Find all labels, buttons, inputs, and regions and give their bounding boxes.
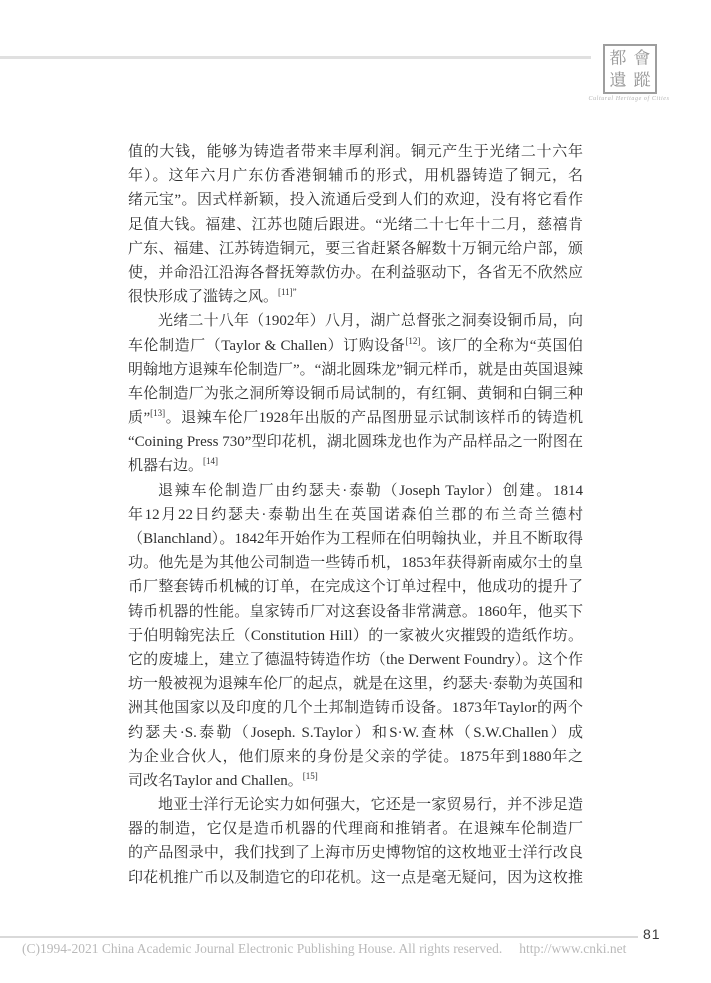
footnote-ref: [11]” (278, 287, 297, 297)
footnote-ref: [14] (203, 456, 218, 466)
text-line: 它的废墟上，建立了德温特铸造作坊（the Derwent Foundry）。这个… (128, 648, 583, 672)
text-line: 铸币机器的性能。皇家铸币厂对这套设备非常满意。1860年，他买下了位 (128, 600, 583, 624)
seal-char: 都 (609, 48, 627, 68)
copyright-text: (C)1994-2021 China Academic Journal Elec… (22, 941, 502, 956)
footnote-ref: [13] (150, 408, 165, 418)
text-line: 车伦制造厂（Taylor & Challen）订购设备[12]。该厂的全称为“英… (128, 334, 583, 358)
text-line: 车伦制造厂为张之洞所筹设铜币局试制的，有红铜、黄铜和白铜三种材 (128, 382, 583, 406)
cnki-url: http://www.cnki.net (519, 941, 626, 956)
footnote-ref: [12] (405, 336, 420, 346)
text-line: 值的大钱，能够为铸造者带来丰厚利润。铜元产生于光绪二十六年（1900 (128, 140, 583, 164)
text-line: 为企业合伙人，他们原来的身份是父亲的学徒。1875年到1880年之间，公 (128, 745, 583, 769)
seal-caption: Cultural Heritage of Cities (570, 96, 688, 102)
text-line: 明翰地方退辣车伦制造厂”。“湖北圆珠龙”铜元样币，就是由英国退辣 (128, 358, 583, 382)
seal-char: 遺 (609, 70, 627, 90)
footer-divider (0, 936, 638, 938)
text-line: 年）。这年六月广东仿香港铜辅币的形式，用机器铸造了铜元，名为“光 (128, 164, 583, 188)
body-text: 值的大钱，能够为铸造者带来丰厚利润。铜元产生于光绪二十六年（1900年）。这年六… (128, 140, 583, 890)
text-line: 绪元宝”。因式样新颖，投入流通后受到人们的欢迎，没有将它看作是不 (128, 188, 583, 212)
text-line: 很快形成了滥铸之风。[11]” (128, 285, 583, 309)
text-line: 地亚士洋行无论实力如何强大，它还是一家贸易行，并不涉足造币机 (128, 793, 583, 817)
text-line: 广东、福建、江苏铸造铜元，要三省赶紧各解数十万铜元给户部，颁发行 (128, 237, 583, 261)
page-number: 81 (643, 926, 661, 942)
text-line: 质”[13]。退辣车伦厂1928年出版的产品图册显示试制该样币的铸造机器为 (128, 406, 583, 430)
text-line: 年12月22日约瑟夫·泰勒出生在英国诺森伯兰郡的布兰奇兰德村 (128, 503, 583, 527)
footnote-ref: [15] (303, 771, 318, 781)
journal-seal-logo: 都 會 遺 蹤 (603, 44, 657, 94)
text-line: 的产品图录中，我们找到了上海市历史博物馆的这枚地亚士洋行改良专式 (128, 841, 583, 865)
text-line: （Blanchland）。1842年开始作为工程师在伯明翰执业，并且不断取得成 (128, 527, 583, 551)
text-line: 印花机推广币以及制造它的印花机。这一点是毫无疑问，因为这枚推广币 (128, 866, 583, 890)
seal-char: 蹤 (633, 70, 651, 90)
text-line: “Coining Press 730”型印花机，湖北圆珠龙也作为产品样品之一附图… (128, 430, 583, 454)
text-line: 洲其他国家以及印度的几个土邦制造铸币设备。1873年Taylor的两个儿子 (128, 696, 583, 720)
text-line: 约瑟夫·S.泰勒（Joseph. S.Taylor）和S·W.查林（S.W.Ch… (128, 721, 583, 745)
text-line: 光绪二十八年（1902年）八月，湖广总督张之洞奏设铜币局，向退辣 (128, 309, 583, 333)
text-line: 功。他先是为其他公司制造一些铸币机，1853年获得新南威尔士的皇家造 (128, 551, 583, 575)
text-line: 于伯明翰宪法丘（Constitution Hill）的一家被火灾摧毁的造纸作坊。… (128, 624, 583, 648)
footer-copyright: (C)1994-2021 China Academic Journal Elec… (22, 941, 711, 957)
text-line: 使，并命沿江沿海各督抚筹款仿办。在利益驱动下，各省无不欣然应命， (128, 261, 583, 285)
header-divider (0, 56, 591, 59)
text-line: 币厂整套铸币机械的订单，在完成这个订单过程中，他成功的提升了多台 (128, 575, 583, 599)
text-line: 坊一般被视为退辣车伦厂的起点，就是在这里，约瑟夫·泰勒为英国和欧 (128, 672, 583, 696)
text-line: 司改名Taylor and Challen。[15] (128, 769, 583, 793)
text-line: 足值大钱。福建、江苏也随后跟进。“光绪二十七年十二月，慈禧肯定了 (128, 213, 583, 237)
text-line: 机器右边。[14] (128, 454, 583, 478)
seal-char: 會 (633, 48, 651, 68)
text-line: 器的制造，它仅是造币机器的代理商和推销者。在退辣车伦制造厂1928年 (128, 817, 583, 841)
text-line: 退辣车伦制造厂由约瑟夫·泰勒（Joseph Taylor）创建。1814 (128, 479, 583, 503)
